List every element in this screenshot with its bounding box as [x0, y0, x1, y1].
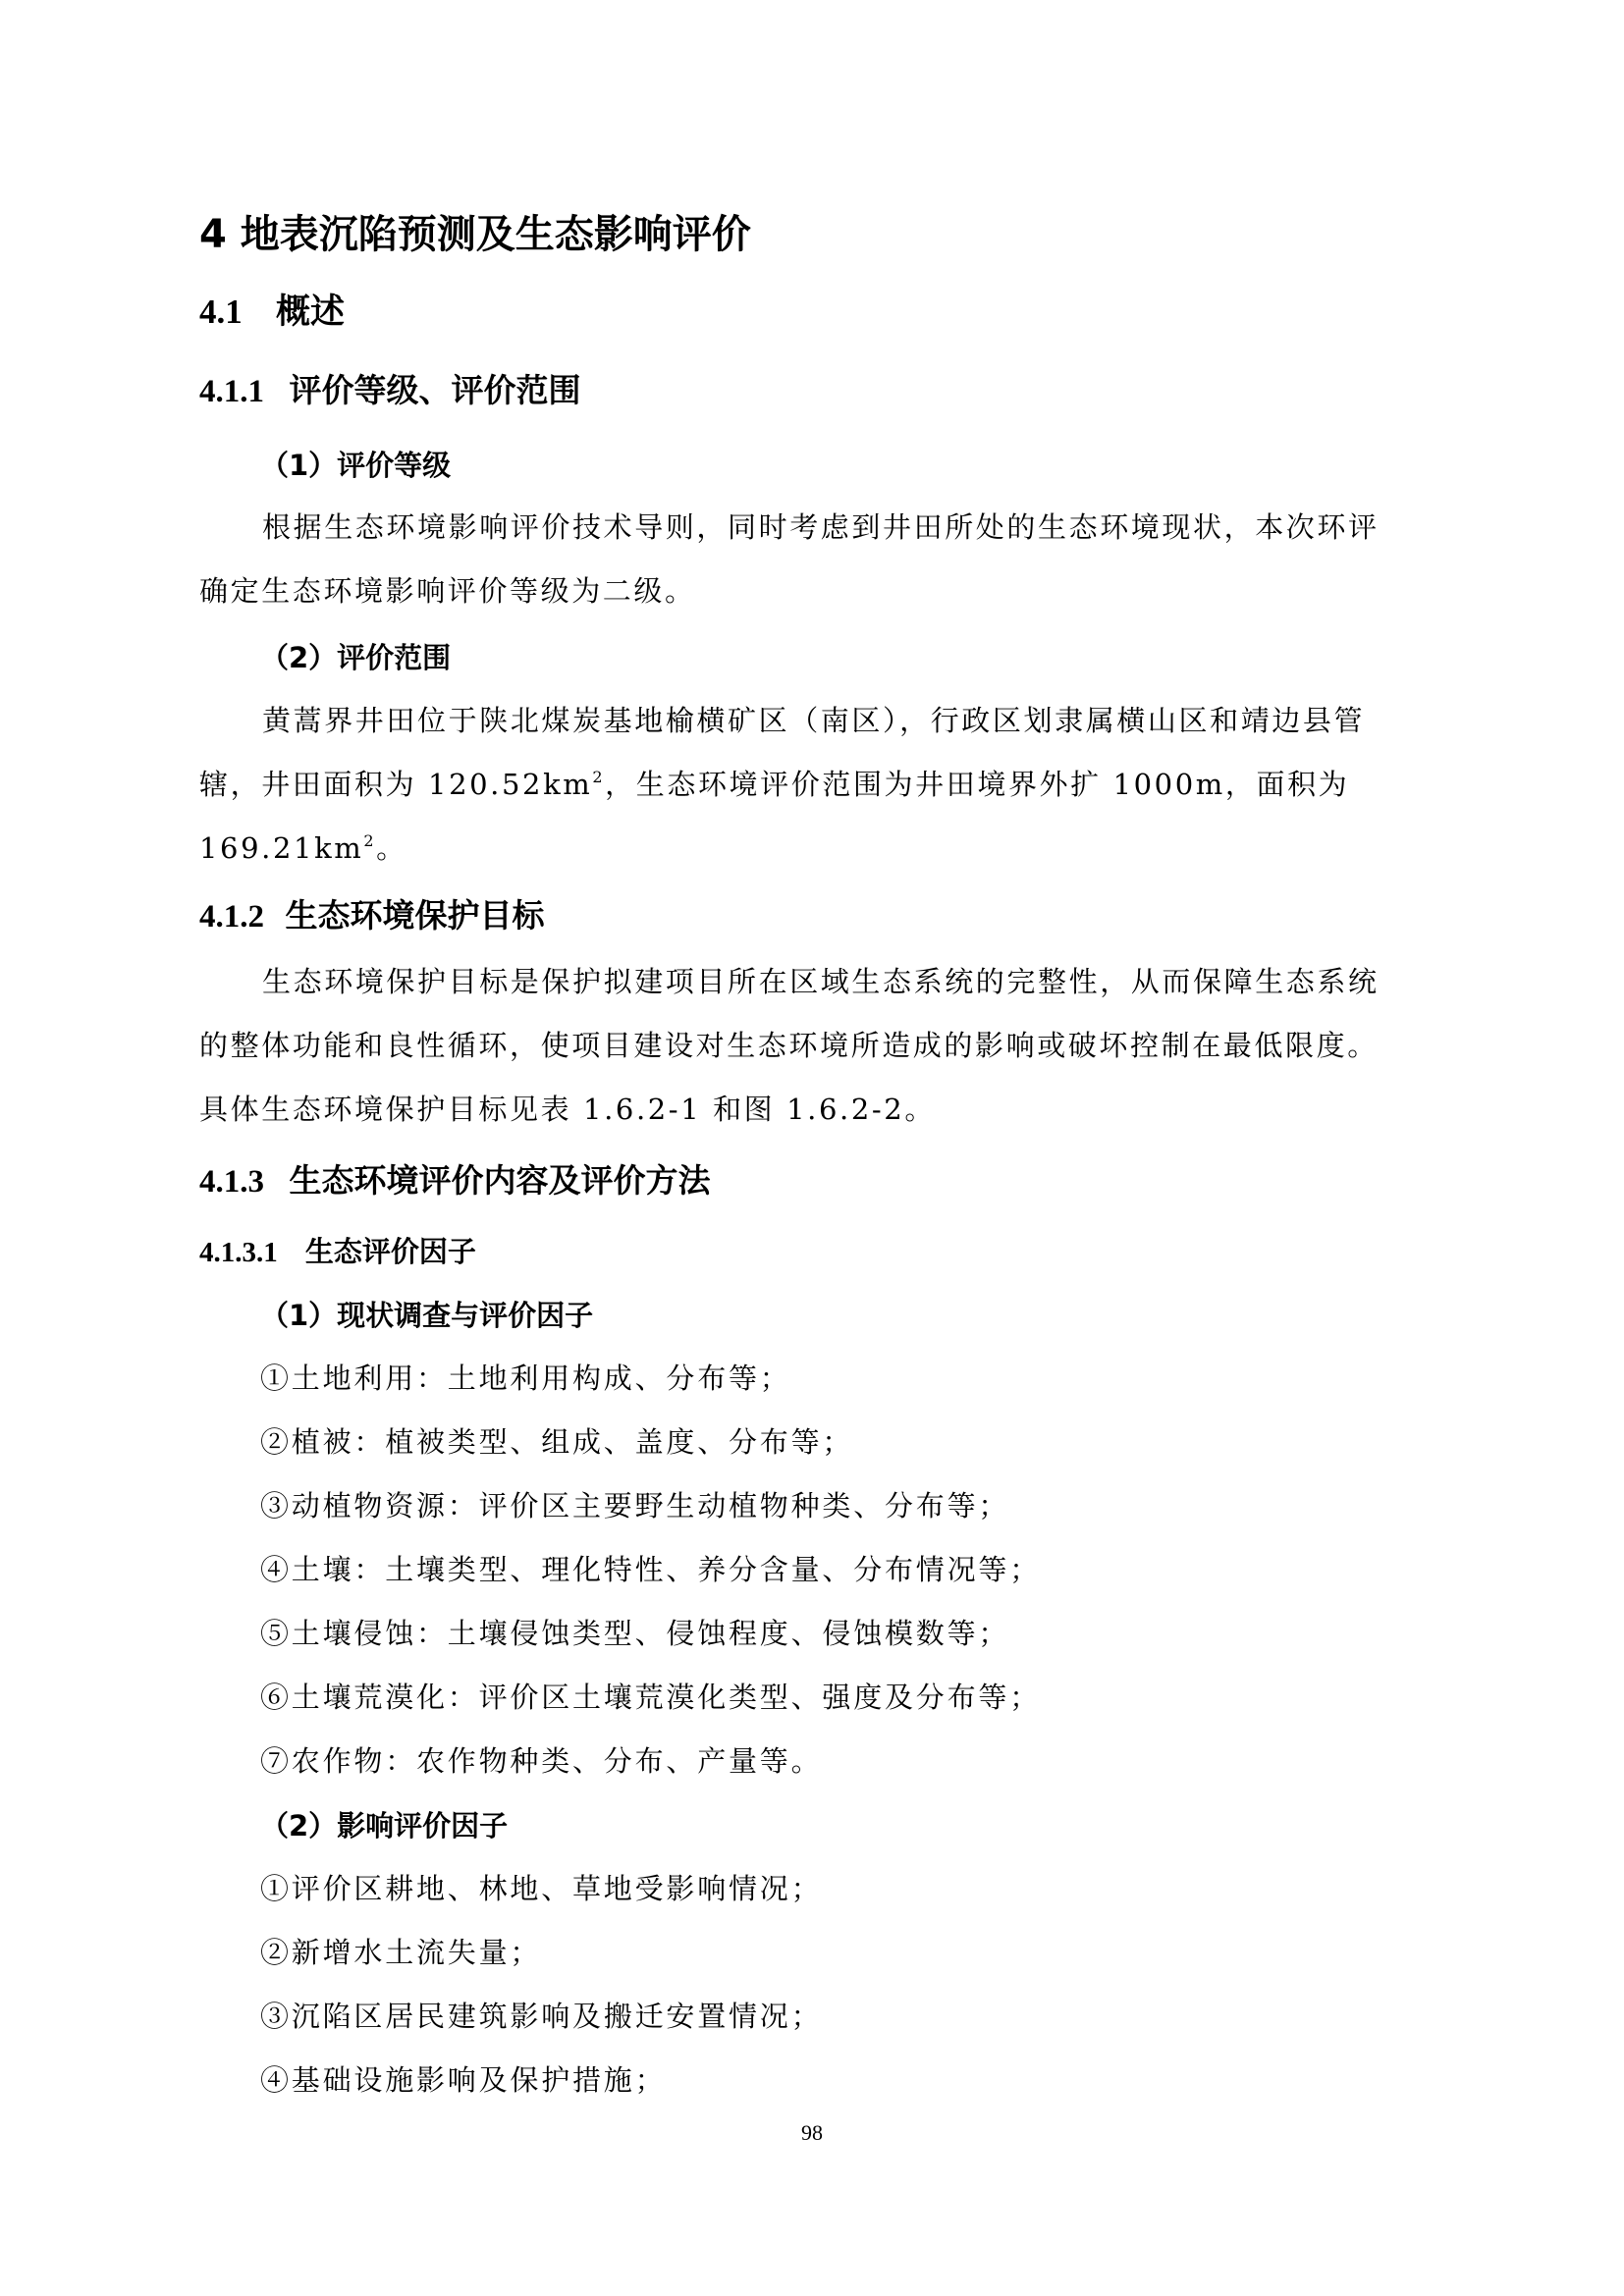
section-number: 4.1.3 — [199, 1164, 264, 1200]
text-fragment: 。 — [376, 831, 407, 865]
section-title: 生态环境评价内容及评价方法 — [290, 1161, 711, 1200]
superscript: 2 — [363, 831, 376, 850]
list-item: ②植被：植被类型、组成、盖度、分布等； — [260, 1420, 853, 1461]
section-4-1-2-heading: 4.1.2 生态环境保护目标 — [199, 890, 545, 936]
paragraph-line: 生态环境保护目标是保护拟建项目所在区域生态系统的完整性，从而保障生态系统 — [262, 960, 1380, 1000]
section-number: 4.1.3.1 — [199, 1237, 278, 1268]
list-item: ①评价区耕地、林地、草地受影响情况； — [260, 1867, 822, 1907]
section-title: 生态环境保护目标 — [286, 896, 545, 934]
section-4-1-3-heading: 4.1.3 生态环境评价内容及评价方法 — [199, 1155, 711, 1201]
document-page: 4 地表沉陷预测及生态影响评价 4.1 概述 4.1.1 评价等级、评价范围 （… — [0, 0, 1624, 2296]
paragraph-line: 确定生态环境影响评价等级为二级。 — [199, 569, 696, 610]
section-number: 4.1 — [199, 293, 243, 331]
text-fragment: 169.21km — [199, 831, 363, 865]
section-4-1-3-1-heading: 4.1.3.1 生态评价因子 — [199, 1230, 476, 1270]
subheading-evaluation-scope: （2）评价范围 — [260, 636, 451, 676]
list-item: ④土壤：土壤类型、理化特性、养分含量、分布情况等； — [260, 1548, 1041, 1588]
subheading-impact-factors: （2）影响评价因子 — [260, 1804, 508, 1844]
paragraph-line: 具体生态环境保护目标见表 1.6.2-1 和图 1.6.2-2。 — [199, 1088, 936, 1128]
list-item: ⑦农作物：农作物种类、分布、产量等。 — [260, 1739, 822, 1780]
list-item: ④基础设施影响及保护措施； — [260, 2058, 666, 2099]
subheading-evaluation-level: （1）评价等级 — [260, 444, 451, 484]
paragraph-line: 169.21km2。 — [199, 827, 407, 867]
section-title: 评价等级、评价范围 — [290, 371, 581, 409]
list-item: ③沉陷区居民建筑影响及搬迁安置情况； — [260, 1995, 822, 2035]
section-title: 概述 — [276, 293, 345, 332]
paragraph-line: 黄蒿界井田位于陕北煤炭基地榆横矿区（南区），行政区划隶属横山区和靖边县管 — [262, 699, 1365, 739]
list-item: ③动植物资源：评价区主要野生动植物种类、分布等； — [260, 1484, 1009, 1524]
section-4-1-1-heading: 4.1.1 评价等级、评价范围 — [199, 365, 581, 411]
list-item: ①土地利用：土地利用构成、分布等； — [260, 1357, 791, 1397]
chapter-title: 4 地表沉陷预测及生态影响评价 — [199, 203, 751, 259]
list-item: ②新增水土流失量； — [260, 1931, 541, 1971]
section-number: 4.1.2 — [199, 899, 264, 934]
text-fragment: 辖，井田面积为 120.52km — [199, 768, 592, 801]
paragraph-line: 的整体功能和良性循环，使项目建设对生态环境所造成的影响或破坏控制在最低限度。 — [199, 1024, 1379, 1064]
text-fragment: ，生态环境评价范围为井田境界外扩 1000m，面积为 — [605, 768, 1349, 801]
superscript: 2 — [592, 768, 605, 786]
page-number: 98 — [0, 2120, 1624, 2146]
section-number: 4.1.1 — [199, 374, 264, 409]
subheading-current-factors: （1）现状调查与评价因子 — [260, 1294, 593, 1334]
paragraph-line: 辖，井田面积为 120.52km2，生态环境评价范围为井田境界外扩 1000m，… — [199, 763, 1349, 803]
paragraph-line: 根据生态环境影响评价技术导则，同时考虑到井田所处的生态环境现状，本次环评 — [262, 506, 1380, 546]
section-title: 生态评价因子 — [305, 1235, 476, 1268]
list-item: ⑤土壤侵蚀：土壤侵蚀类型、侵蚀程度、侵蚀模数等； — [260, 1612, 1009, 1652]
section-4-1-heading: 4.1 概述 — [199, 285, 345, 334]
list-item: ⑥土壤荒漠化：评价区土壤荒漠化类型、强度及分布等； — [260, 1676, 1041, 1716]
